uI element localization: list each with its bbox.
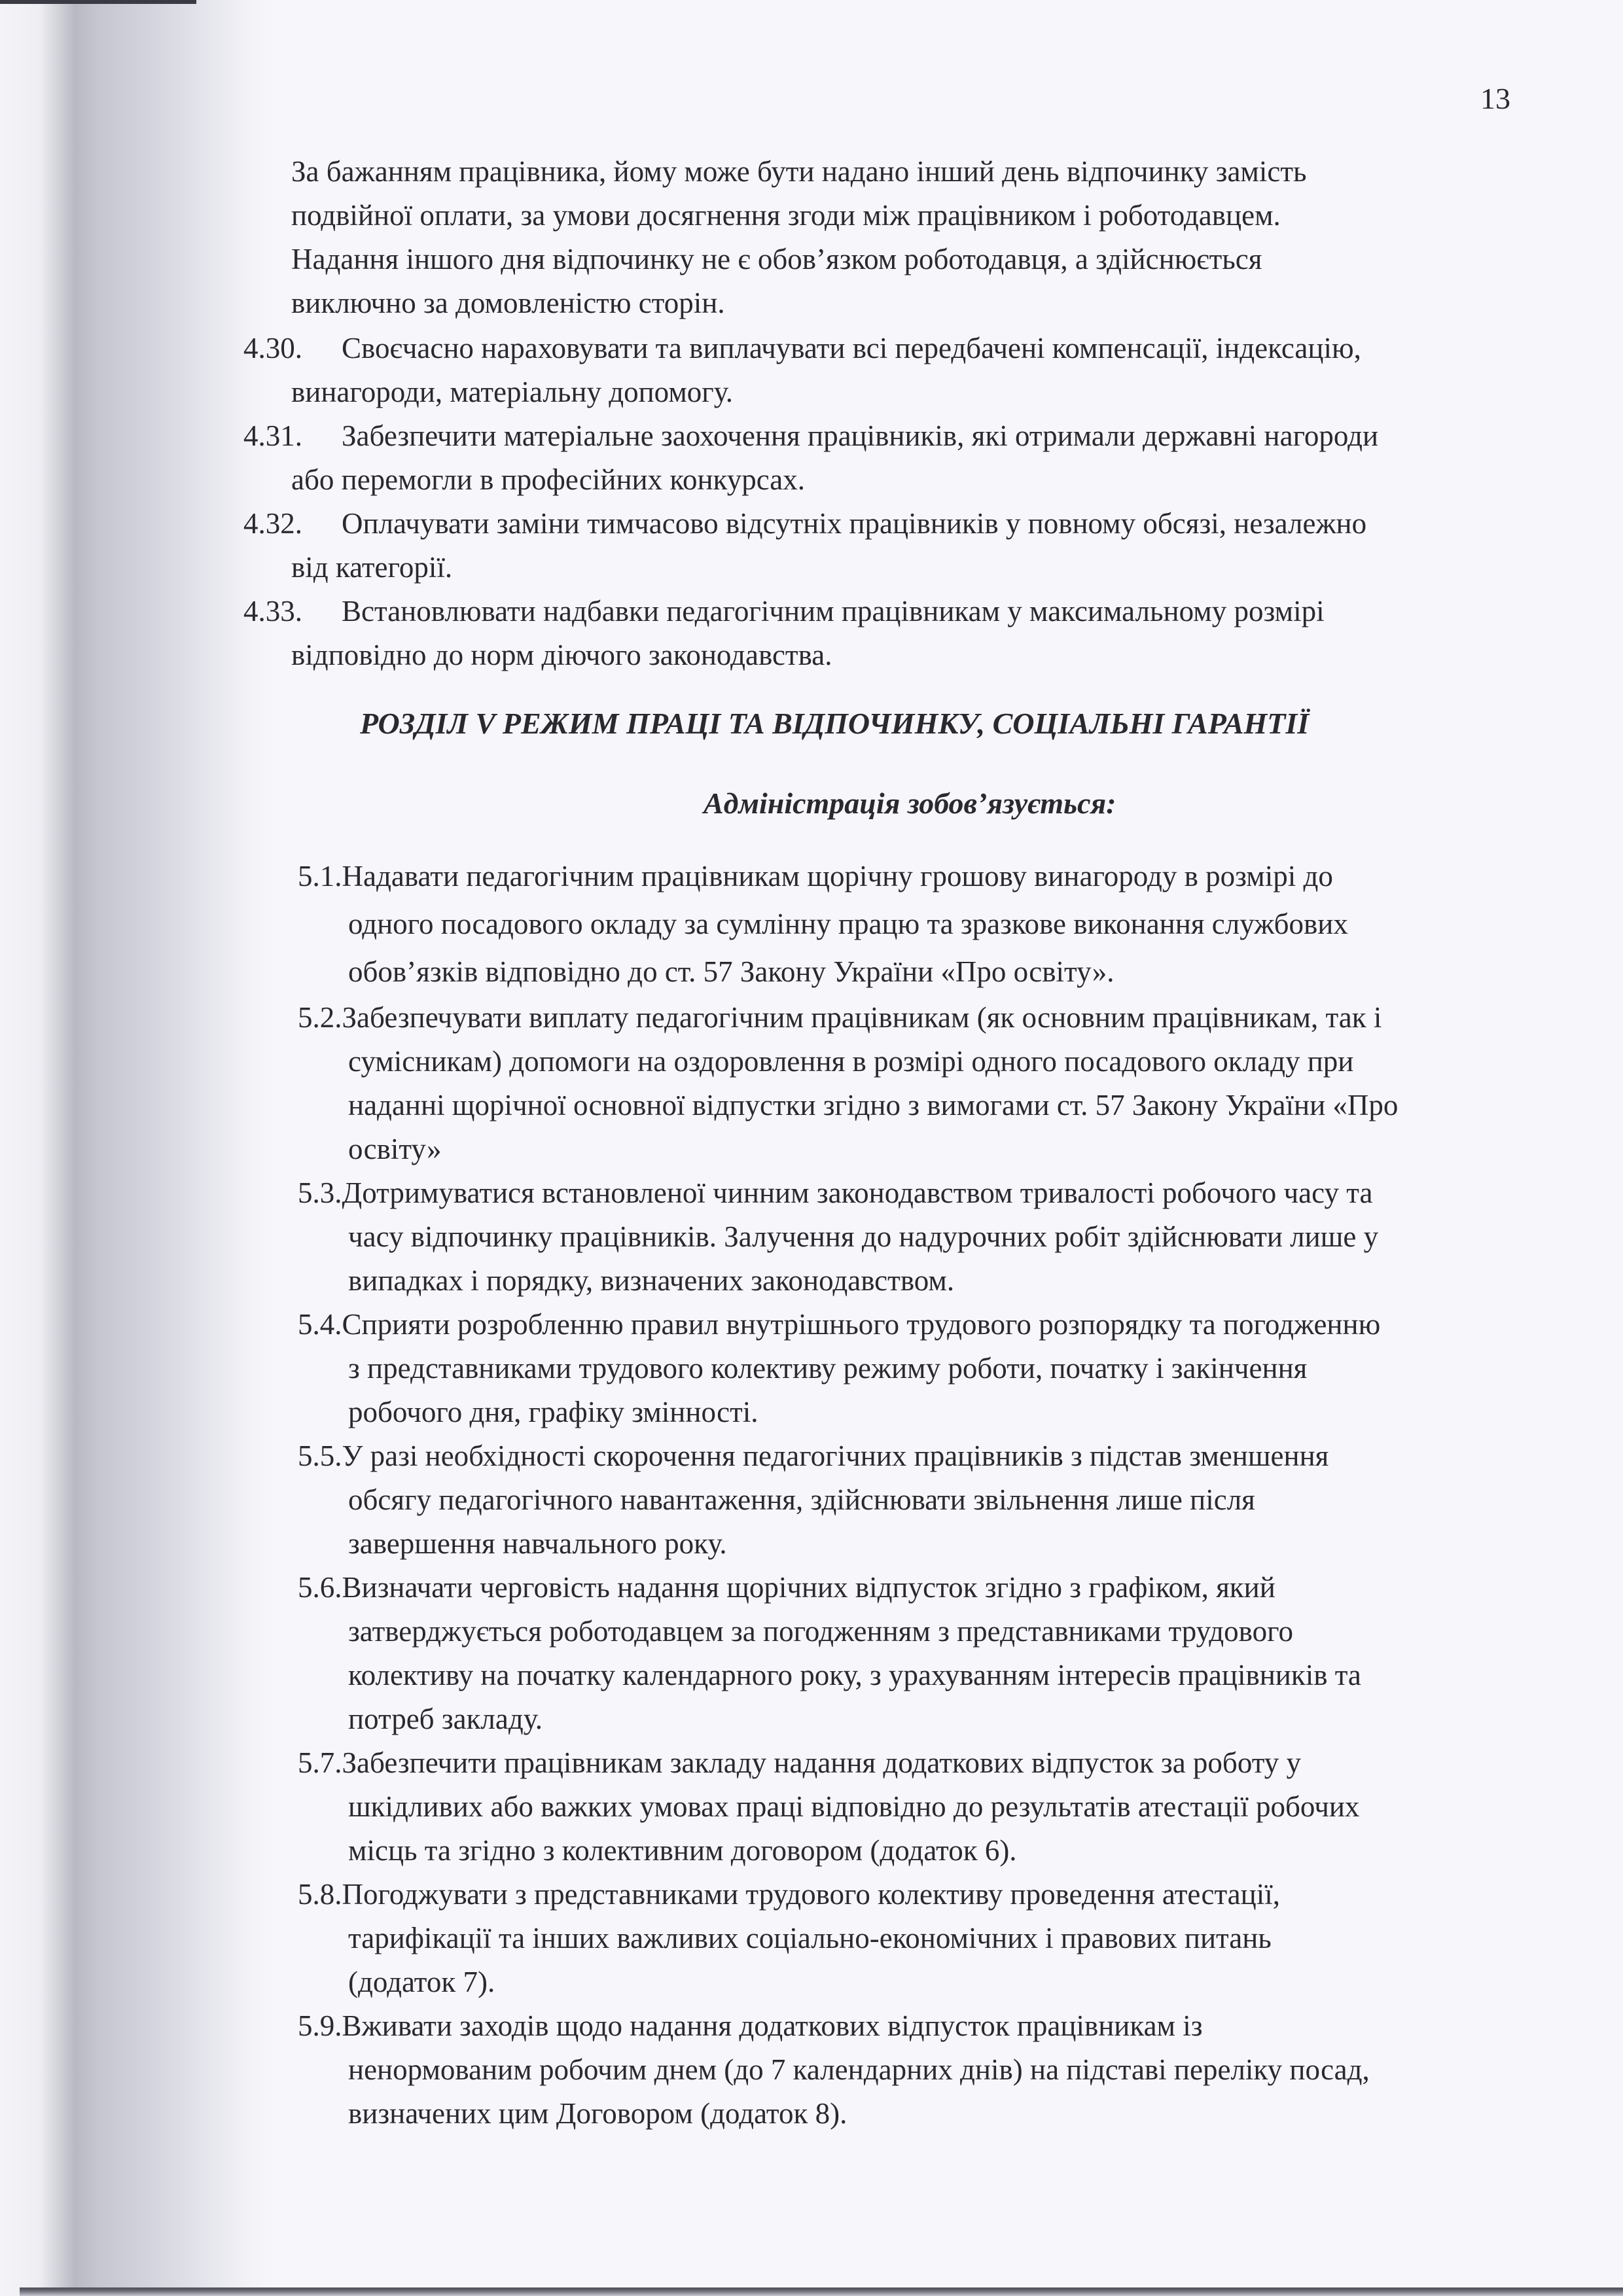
clause-number: 4.31. xyxy=(243,421,342,451)
clause-line: ненормованим робочим днем (до 7 календар… xyxy=(348,2055,1370,2085)
clause-line: робочого дня, графіку змінності. xyxy=(348,1398,758,1427)
clause-line: шкідливих або важких умовах праці відпов… xyxy=(348,1792,1359,1822)
clause-text: Своєчасно нараховувати та виплачувати вс… xyxy=(342,332,1361,364)
clause-4-33: 4.33.Встановлювати надбавки педагогічним… xyxy=(243,597,1325,626)
clause-text: Забезпечити матеріальне заохочення праці… xyxy=(342,419,1378,452)
clause-4-31-line-2: або перемогли в професійних конкурсах. xyxy=(291,465,805,495)
clause-4-32: 4.32.Оплачувати заміни тимчасово відсутн… xyxy=(243,509,1366,539)
document-page: 13 За бажанням працівника, йому може бут… xyxy=(0,0,1623,2296)
clause-line: колективу на початку календарного року, … xyxy=(348,1661,1361,1690)
clause-5-1: 5.1.Надавати педагогічним працівникам що… xyxy=(298,862,1333,891)
clause-text: Встановлювати надбавки педагогічним прац… xyxy=(342,595,1325,627)
clause-number: 5.6. xyxy=(298,1571,342,1604)
clause-line: наданні щорічної основної відпустки згід… xyxy=(348,1091,1398,1120)
clause-5-6: 5.6.Визначати черговість надання щорічни… xyxy=(298,1573,1275,1602)
clause-4-30: 4.30.Своєчасно нараховувати та виплачува… xyxy=(243,334,1361,363)
clause-line: тарифікації та інших важливих соціально-… xyxy=(348,1924,1272,1953)
clause-5-9: 5.9.Вживати заходів щодо надання додатко… xyxy=(298,2011,1203,2041)
clause-number: 5.8. xyxy=(298,1878,342,1911)
clause-4-30-line-2: винагороди, матеріальну допомогу. xyxy=(291,378,733,407)
clause-4-33-line-2: відповідно до норм діючого законодавства… xyxy=(291,641,832,670)
intro-line: За бажанням працівника, йому може бути н… xyxy=(291,157,1307,186)
clause-number: 5.5. xyxy=(298,1439,342,1472)
clause-number: 5.9. xyxy=(298,2009,342,2042)
clause-number: 5.1. xyxy=(298,860,342,892)
clause-text: Забезпечувати виплату педагогічним праці… xyxy=(342,1001,1382,1034)
clause-line: потреб закладу. xyxy=(348,1704,543,1734)
clause-line: сумісникам) допомоги на оздоровлення в р… xyxy=(348,1047,1353,1076)
clause-text: У разі необхідності скорочення педагогіч… xyxy=(342,1439,1329,1472)
clause-5-5: 5.5.У разі необхідності скорочення педаг… xyxy=(298,1441,1329,1471)
clause-number: 4.32. xyxy=(243,509,342,539)
clause-number: 4.33. xyxy=(243,597,342,626)
clause-5-8: 5.8.Погоджувати з представниками трудово… xyxy=(298,1880,1280,1909)
clause-line: затверджується роботодавцем за погодженн… xyxy=(348,1617,1293,1646)
clause-line: обсягу педагогічного навантаження, здійс… xyxy=(348,1485,1255,1515)
clause-number: 5.3. xyxy=(298,1176,342,1209)
clause-5-4: 5.4.Сприяти розробленню правил внутрішнь… xyxy=(298,1310,1380,1339)
clause-line: одного посадового окладу за сумлінну пра… xyxy=(348,910,1348,939)
clause-text: Вживати заходів щодо надання додаткових … xyxy=(342,2009,1203,2042)
clause-line: з представниками трудового колективу реж… xyxy=(348,1354,1307,1383)
clause-number: 5.7. xyxy=(298,1746,342,1779)
clause-number: 5.2. xyxy=(298,1001,342,1034)
clause-line: визначених цим Договором (додаток 8). xyxy=(348,2099,847,2128)
section-subtitle: Адміністрація зобов’язується: xyxy=(704,788,1116,819)
intro-line: виключно за домовленістю сторін. xyxy=(291,289,725,318)
clause-line: завершення навчального року. xyxy=(348,1529,727,1559)
clause-5-3: 5.3.Дотримуватися встановленої чинним за… xyxy=(298,1178,1372,1208)
page-number: 13 xyxy=(1480,84,1510,114)
clause-text: Дотримуватися встановленої чинним законо… xyxy=(342,1176,1373,1209)
clause-line: освіту» xyxy=(348,1135,442,1164)
clause-4-31: 4.31.Забезпечити матеріальне заохочення … xyxy=(243,421,1378,451)
clause-5-2: 5.2.Забезпечувати виплату педагогічним п… xyxy=(298,1003,1382,1033)
clause-number: 4.30. xyxy=(243,334,342,363)
clause-text: Сприяти розробленню правил внутрішнього … xyxy=(342,1308,1381,1341)
clause-line: обов’язків відповідно до ст. 57 Закону У… xyxy=(348,957,1114,987)
clause-text: Погоджувати з представниками трудового к… xyxy=(342,1878,1281,1911)
clause-text: Забезпечити працівникам закладу надання … xyxy=(342,1746,1302,1779)
clause-line: часу відпочинку працівників. Залучення д… xyxy=(348,1222,1378,1252)
clause-text: Надавати педагогічним працівникам щорічн… xyxy=(342,860,1333,892)
clause-number: 5.4. xyxy=(298,1308,342,1341)
intro-line: подвійної оплати, за умови досягнення зг… xyxy=(291,201,1281,230)
clause-5-7: 5.7.Забезпечити працівникам закладу нада… xyxy=(298,1748,1301,1778)
clause-4-32-line-2: від категорії. xyxy=(291,553,452,582)
clause-line: випадках і порядку, визначених законодав… xyxy=(348,1266,954,1296)
section-title: РОЗДІЛ V РЕЖИМ ПРАЦІ ТА ВІДПОЧИНКУ, СОЦІ… xyxy=(360,709,1309,739)
clause-line: місць та згідно з колективним договором … xyxy=(348,1836,1017,1865)
intro-line: Надання іншого дня відпочинку не є обов’… xyxy=(291,245,1262,274)
clause-text: Оплачувати заміни тимчасово відсутніх пр… xyxy=(342,507,1366,540)
clause-text: Визначати черговість надання щорічних ві… xyxy=(342,1571,1275,1604)
clause-line: (додаток 7). xyxy=(348,1968,495,1997)
